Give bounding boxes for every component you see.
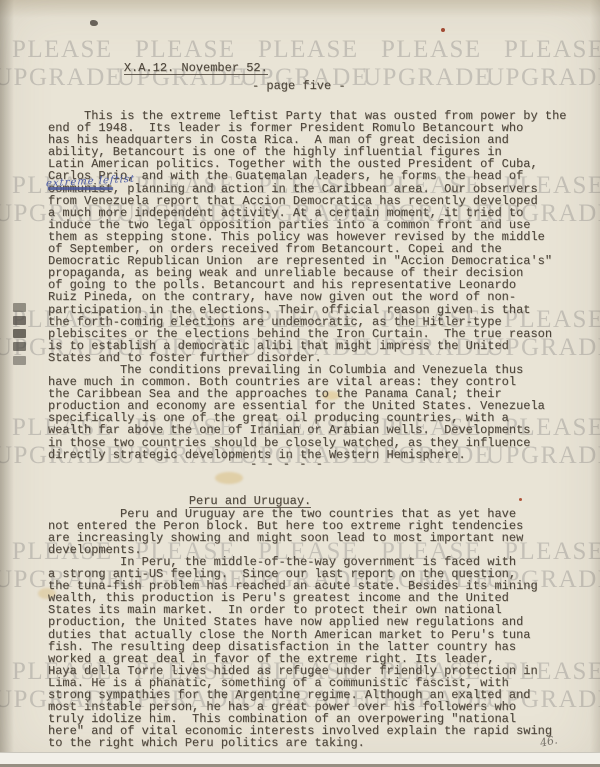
watermark-text: PLEASE <box>504 36 600 64</box>
binding-mark <box>13 329 26 338</box>
paragraph-peru-detail: In Peru, the middle-of-the-way governmen… <box>48 556 552 750</box>
watermark-text: UPGRADE <box>363 64 492 92</box>
document-reference-text: X.A.12. November 52. <box>124 62 268 75</box>
paragraph-peru-uruguay-intro: Peru and Uruguay are the two countries t… <box>48 508 523 556</box>
binding-mark <box>13 316 26 325</box>
paper-left-shadow <box>0 0 14 767</box>
pencil-page-number: 46. <box>539 733 559 749</box>
red-speck <box>519 498 522 501</box>
body-text-part2: , planning and action in the Caribbean a… <box>48 182 552 462</box>
binding-mark <box>13 303 26 312</box>
page-label: - page five - <box>252 80 346 92</box>
watermark-text: PLEASE <box>381 36 482 64</box>
watermark-text: PLEASE <box>258 36 359 64</box>
paper-top-edge <box>0 0 600 18</box>
body-text-part1: This is the extreme leftist Party that w… <box>48 109 566 183</box>
body-text-section1: This is the extreme leftist Party that w… <box>48 110 566 461</box>
section-separator: - - - - - <box>250 458 324 470</box>
document-reference: X.A.12. November 52. <box>95 50 268 87</box>
binding-mark <box>13 356 26 365</box>
ink-speck <box>90 20 98 26</box>
binding-mark <box>13 342 26 351</box>
scanned-document-page: PLEASEPLEASEPLEASEPLEASEPLEASEUPGRADEUPG… <box>0 0 600 767</box>
red-speck <box>441 28 445 32</box>
paper-right-shadow <box>590 0 600 767</box>
watermark-text: UPGRADE <box>486 64 600 92</box>
